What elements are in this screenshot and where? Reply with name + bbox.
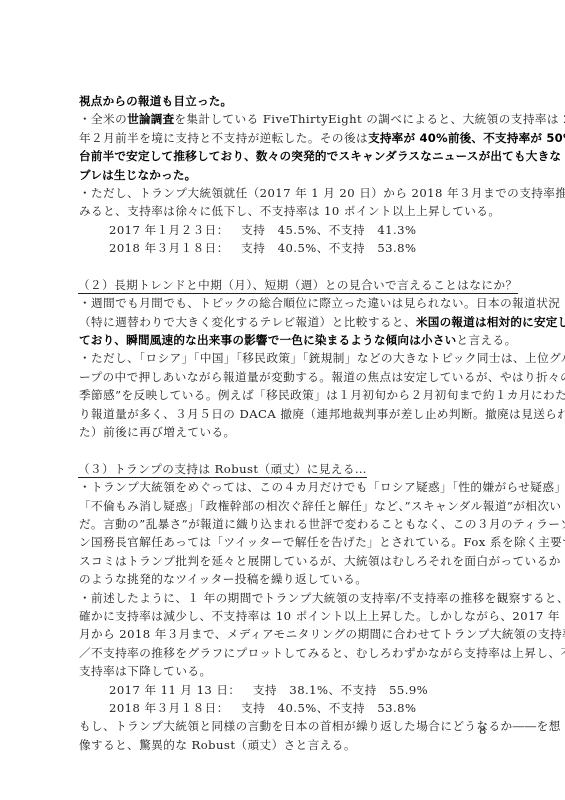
bold-text: ており、瞬間風速的な出来事の影響で一色に染まるような傾向は小さい xyxy=(79,333,456,347)
separator: 、 xyxy=(328,683,340,697)
stat-nonsupport-label: 不支持 xyxy=(341,683,377,697)
separator: 、 xyxy=(317,223,329,237)
stat-row: 2017 年１月２３日： 支持 45.5%、不支持 41.3% xyxy=(79,221,487,239)
spacer xyxy=(79,258,487,276)
stat-nonsupport-value: 55.9% xyxy=(389,683,428,697)
paragraph-line: ブレは生じなかった。 xyxy=(79,166,487,184)
stat-row: 2017 年 11 月 13 日： 支持 38.1%、不支持 55.9% xyxy=(79,681,487,699)
stat-row: 2018 年３月１８日： 支持 40.5%、不支持 53.8% xyxy=(79,239,487,257)
paragraph-line: ・全米の世論調査を集計している FiveThirtyEight の調べによると、… xyxy=(79,110,487,128)
paragraph-line: 確かに支持率は減少し、不支持率は 10 ポイント以上上昇した。しかしながら、20… xyxy=(79,607,487,625)
stat-support-label: 支持 xyxy=(241,701,265,715)
bold-text: 米国の報道は相対的に安定し xyxy=(416,315,565,329)
stat-date: 2017 年１月２３日： xyxy=(109,223,229,237)
spacer xyxy=(79,441,487,459)
separator: 、 xyxy=(317,241,329,255)
paragraph-line: 「不倫もみ消し疑惑」「政権幹部の相次ぐ辞任と解任」など、”スキャンダル報道”が相… xyxy=(79,497,487,515)
stat-date: 2018 年３月１８日： xyxy=(109,701,229,715)
stat-support-label: 支持 xyxy=(241,241,265,255)
paragraph-line: ・ただし、「ロシア」「中国」「移民政策」「銃規制」などの大きなトピック同士は、上… xyxy=(79,349,487,367)
bold-text: ブレは生じなかった。 xyxy=(79,168,196,182)
section-heading: （２）長期トレンドと中期（月）、短期（週）との見合いで言えることはなにか？ xyxy=(78,277,518,294)
paragraph-line: 季節感”を反映している。例えば「移民政策」は１月初旬から２月初旬まで約１カ月にわ… xyxy=(79,386,487,404)
paragraph-line: 台前半で安定して推移しており、数々の突発的でスキャンダラスなニュースが出ても大き… xyxy=(79,147,487,165)
stat-date: 2017 年 11 月 13 日： xyxy=(109,683,240,697)
paragraph-line: 視点からの報道も目立った。 xyxy=(79,92,487,110)
stat-support-label: 支持 xyxy=(253,683,277,697)
stat-support-value: 45.5% xyxy=(278,223,317,237)
paragraph-line: 月から 2018 年３月まで、メディアモニタリングの期間に合わせてトランプ大統領… xyxy=(79,625,487,643)
text: を集計している FiveThirtyEight の調べによると、大統領の支持率は… xyxy=(174,112,565,126)
paragraph-line: 像すると、驚異的な Robust（頑丈）さと言える。 xyxy=(79,736,487,754)
bold-text: 世論調査 xyxy=(127,112,174,126)
separator: 、 xyxy=(317,701,329,715)
stat-support-value: 40.5% xyxy=(278,241,317,255)
stat-date: 2018 年３月１８日： xyxy=(109,241,229,255)
paragraph-line: （特に週替わりで大きく変化するテレビ報道）と比較すると、米国の報道は相対的に安定… xyxy=(79,313,487,331)
stat-nonsupport-label: 不支持 xyxy=(329,701,365,715)
paragraph-line: り報道量が多く、３月５日の DACA 撤廃（連邦地裁判事が差し止め判断。撤廃は見… xyxy=(79,405,487,423)
paragraph-line: もし、トランプ大統領と同様の言動を日本の首相が繰り返した場合にどうなるか――を想 xyxy=(79,717,487,735)
section-heading: （３）トランプの支持は Robust（頑丈）に見える… xyxy=(78,461,367,478)
bold-text: 支持率が 40%前後、不支持率が 50% xyxy=(368,131,565,145)
text: と言える。 xyxy=(456,333,516,347)
text: 年２月前半を境に支持と不支持が逆転した。その後は xyxy=(79,131,368,145)
paragraph-line: ・前述したように、１ 年の期間でトランプ大統領の支持率/不支持率の推移を観察する… xyxy=(79,589,487,607)
paragraph-line: 支持率は下降している。 xyxy=(79,662,487,680)
stat-nonsupport-value: 41.3% xyxy=(377,223,416,237)
paragraph-line: ており、瞬間風速的な出来事の影響で一色に染まるような傾向は小さいと言える。 xyxy=(79,331,487,349)
paragraph-line: ・ただし、トランプ大統領就任（2017 年 1 月 20 日）から 2018 年… xyxy=(79,184,487,202)
section-heading-row: （３）トランプの支持は Robust（頑丈）に見える… xyxy=(79,460,487,478)
stat-row: 2018 年３月１８日： 支持 40.5%、不支持 53.8% xyxy=(79,699,487,717)
stat-nonsupport-value: 53.8% xyxy=(377,701,416,715)
paragraph-line: ン国務長官解任あっては「ツイッターで解任を告げた」とされている。Fox 系を除く… xyxy=(79,533,487,551)
stat-nonsupport-label: 不支持 xyxy=(329,241,365,255)
paragraph-line: ープの中で押しあいながら報道量が変動する。報道の焦点は安定しているが、やはり折々… xyxy=(79,368,487,386)
text: ・全米の xyxy=(79,112,127,126)
page-number: 8 xyxy=(479,723,486,737)
bold-text: 台前半で安定して推移しており、数々の突発的でスキャンダラスなニュースが出ても大き… xyxy=(79,149,561,163)
document-page: 視点からの報道も目立った。 ・全米の世論調査を集計している FiveThirty… xyxy=(79,92,487,754)
text: （特に週替わりで大きく変化するテレビ報道）と比較すると、 xyxy=(79,315,416,329)
stat-support-value: 38.1% xyxy=(289,683,328,697)
paragraph-line: ・トランプ大統領をめぐっては、この４カ月だけでも「ロシア疑惑」「性的嫌がらせ疑惑… xyxy=(79,478,487,496)
stat-nonsupport-label: 不支持 xyxy=(329,223,365,237)
paragraph-line: ／不支持率の推移をグラフにプロットしてみると、むしろわずかながら支持率は上昇し、… xyxy=(79,644,487,662)
stat-support-value: 40.5% xyxy=(278,701,317,715)
paragraph-line: みると、支持率は徐々に低下し、不支持率は 10 ポイント以上上昇している。 xyxy=(79,202,487,220)
paragraph-line: スコミはトランプ批判を延々と展開しているが、大統領はむしろそれを面白がっているか xyxy=(79,552,487,570)
paragraph-line: のような挑発的なツイッター投稿を繰り返している。 xyxy=(79,570,487,588)
bold-text: 視点からの報道も目立った。 xyxy=(79,94,232,108)
stat-nonsupport-value: 53.8% xyxy=(377,241,416,255)
stat-support-label: 支持 xyxy=(241,223,265,237)
paragraph-line: ・週間でも月間でも、トピックの総合順位に際立った違いは見られない。日本の報道状況 xyxy=(79,294,487,312)
paragraph-line: た）前後に再び増えている。 xyxy=(79,423,487,441)
section-heading-row: （２）長期トレンドと中期（月）、短期（週）との見合いで言えることはなにか？ xyxy=(79,276,487,294)
paragraph-line: だ。言動の”乱暴さ”が報道に織り込まれる世評で変わることもなく、この３月のティラ… xyxy=(79,515,487,533)
paragraph-line: 年２月前半を境に支持と不支持が逆転した。その後は支持率が 40%前後、不支持率が… xyxy=(79,129,487,147)
